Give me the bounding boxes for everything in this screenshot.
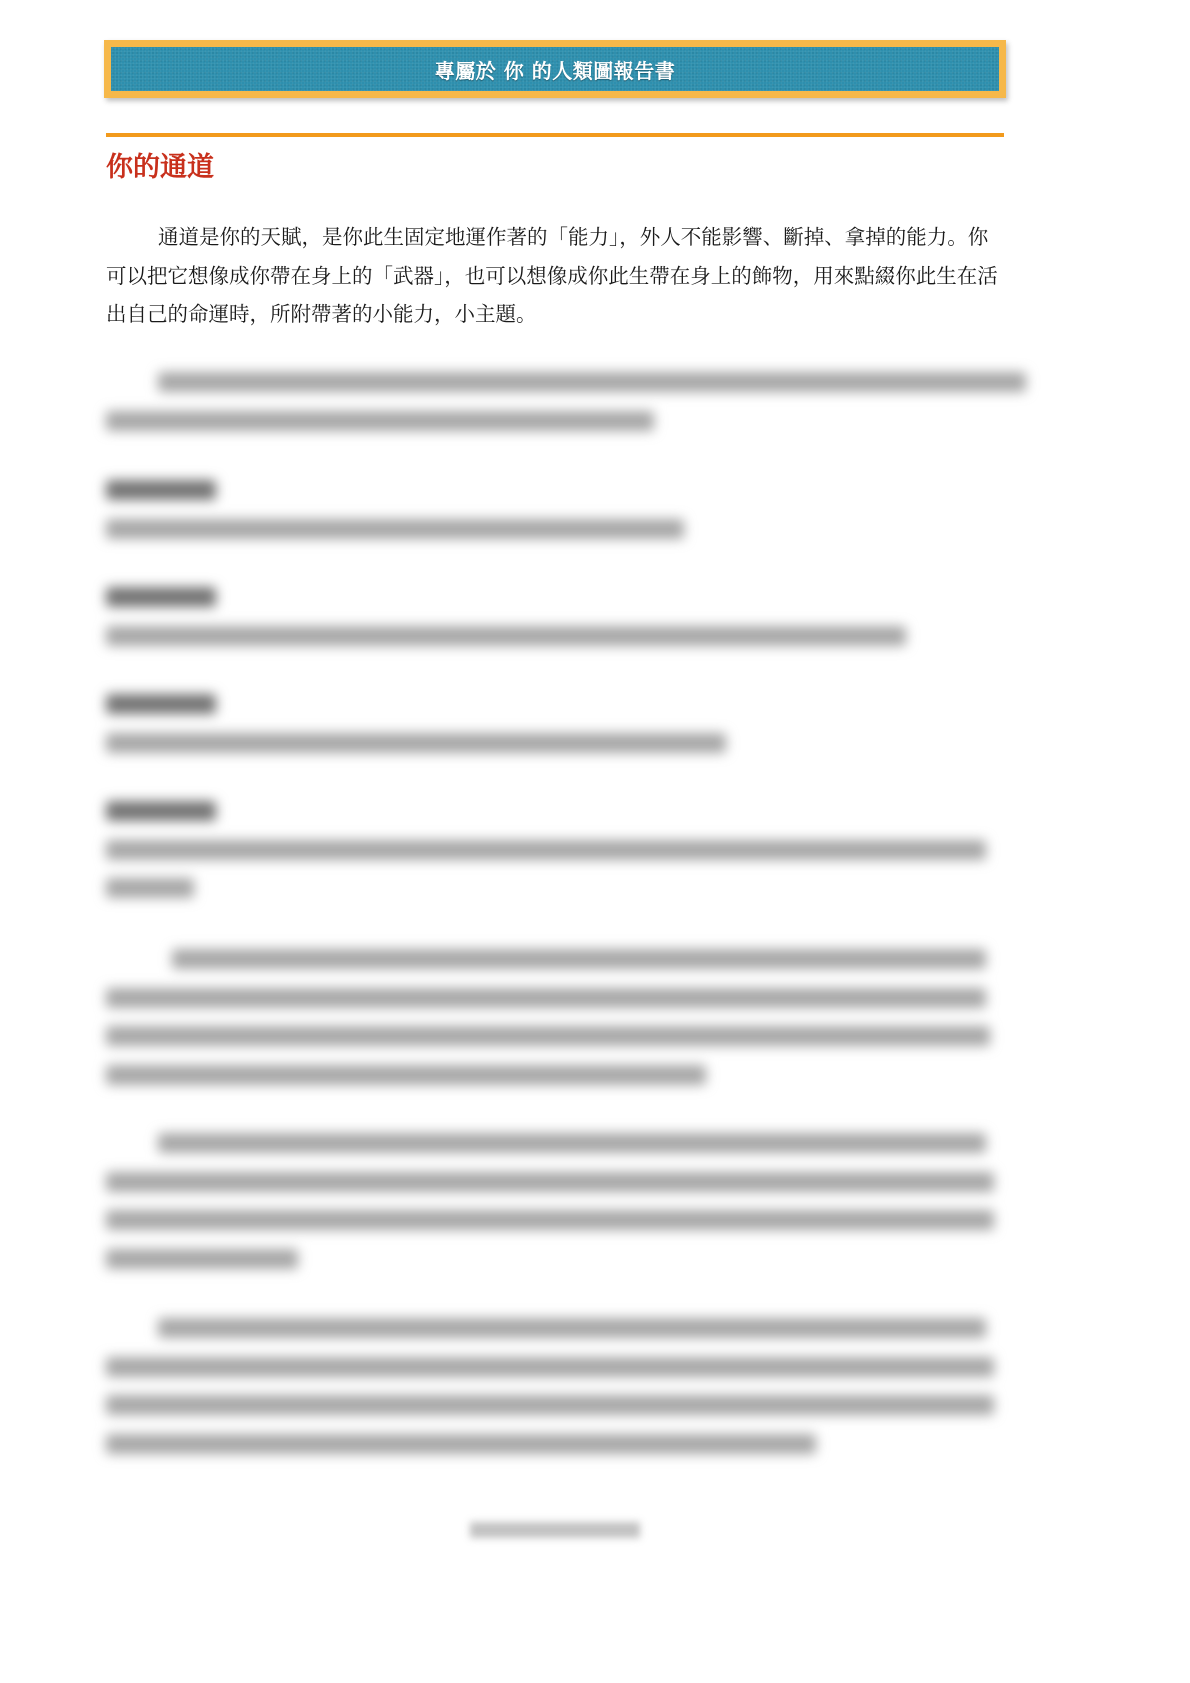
blurred-text-line <box>106 733 726 753</box>
blurred-text-line <box>106 1210 994 1230</box>
blurred-paragraph <box>106 587 1004 664</box>
blurred-text-line <box>106 1249 298 1269</box>
blurred-heading-line <box>106 480 216 500</box>
blurred-text-line <box>158 372 1026 392</box>
blurred-text-line <box>158 1318 986 1338</box>
blurred-text-line <box>106 840 986 860</box>
intro-paragraph: 通道是你的天賦，是你此生固定地運作著的「能力」，外人不能影響、斷掉、拿掉的能力。… <box>106 218 1004 334</box>
report-title: 專屬於 你 的人類圖報告書 <box>435 55 675 84</box>
blurred-text-line <box>106 1395 994 1415</box>
blurred-text-line <box>106 411 654 431</box>
blurred-text-line <box>106 1065 706 1085</box>
blurred-heading-line <box>106 587 216 607</box>
blurred-paragraph <box>106 801 1004 917</box>
blurred-text-line <box>106 1434 816 1454</box>
blurred-text-line <box>106 1026 990 1046</box>
blurred-paragraph <box>106 372 1004 449</box>
blurred-heading-line <box>106 694 216 714</box>
blurred-paragraph <box>106 1133 1004 1287</box>
blurred-text-line <box>106 878 194 898</box>
blurred-text-line <box>106 519 684 539</box>
page-footer-blurred <box>470 1522 640 1538</box>
blurred-paragraph <box>106 949 1004 1103</box>
blurred-text-line <box>106 1357 994 1377</box>
blurred-paragraph <box>106 1318 1004 1472</box>
section-title: 你的通道 <box>106 145 214 184</box>
blurred-text-line <box>106 626 906 646</box>
blurred-text-line <box>158 1133 986 1153</box>
intro-text: 通道是你的天賦，是你此生固定地運作著的「能力」，外人不能影響、斷掉、拿掉的能力。… <box>106 225 998 326</box>
blurred-heading-line <box>106 801 216 821</box>
report-header-banner: 專屬於 你 的人類圖報告書 <box>104 40 1006 98</box>
blurred-paragraph <box>106 480 1004 557</box>
blurred-text-line <box>106 988 986 1008</box>
blurred-text-line <box>172 949 986 969</box>
blurred-paragraph <box>106 694 1004 771</box>
section-divider <box>106 133 1004 137</box>
blurred-text-line <box>106 1172 994 1192</box>
